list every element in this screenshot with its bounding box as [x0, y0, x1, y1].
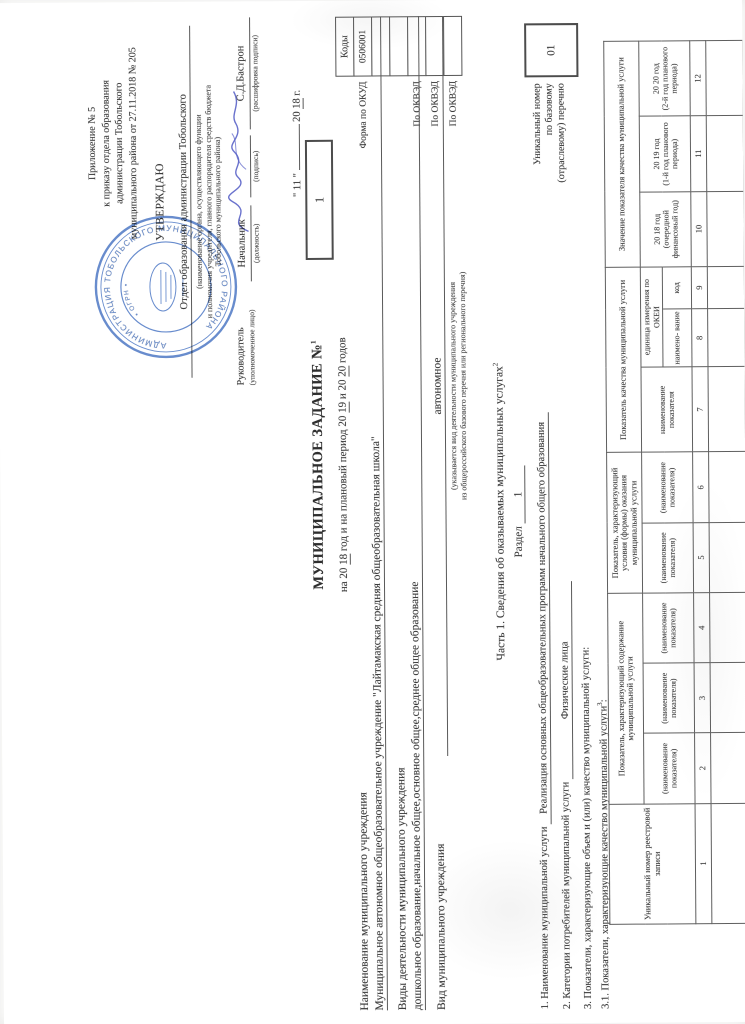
qt-subname: (наименование показателя) [643, 662, 694, 733]
stamp-inner-ring-text: • ОГРН • [122, 282, 140, 317]
qt-group-value: Значение показателя качества муниципальн… [603, 41, 640, 267]
scanned-document-page: Приложение № 5 к приказу отдела образова… [0, 0, 745, 1024]
task-number-box: 1 [304, 139, 333, 259]
head-label-note: (уполномоченное лицо) [247, 309, 257, 385]
signature-scribble [215, 69, 262, 239]
approval-date: " 11 " 20 18 г. [287, 16, 303, 196]
qt-year3-line: 20 20 год [650, 43, 659, 113]
qt-colnum: 10 [690, 191, 707, 266]
qt-colnum: 12 [689, 40, 706, 116]
qt-empty-cell [710, 662, 745, 732]
qt-unit-name: наимено- вание [662, 308, 691, 366]
qt-empty-cell [708, 451, 745, 521]
qt-year1: 20 18 год (очередной финансовый год) [639, 191, 691, 267]
qt-year1-line: 20 18 год [651, 194, 660, 264]
section-line: Раздел 1 [508, 0, 528, 1023]
qt-subname: (наименование показателя) [642, 592, 693, 663]
qt-colnum: 6 [692, 452, 708, 522]
qt-colnum: 7 [691, 366, 708, 451]
unique-label-line: по базовому [543, 83, 557, 323]
subtitle-year1: 18 [337, 553, 350, 564]
qt-year2-note: (1-й год планового периода) [660, 118, 678, 188]
document-subtitle: на 20 18 год и на плановый период 20 19 … [334, 104, 351, 824]
qt-empty-cell [709, 522, 745, 592]
subtitle-text: годов [336, 337, 348, 363]
qt-colnum: 1 [695, 803, 712, 923]
institution-type-notes: (указывается вид деятельности муниципаль… [446, 15, 470, 755]
qt-group-content: Показатель, характеризующий содержание м… [607, 593, 643, 804]
subtitle-year3: 20 [336, 365, 349, 376]
date-suffix: г. [291, 89, 302, 95]
consumer-category-label: 2. Категории потребителей муниципальной … [560, 781, 573, 1008]
consumer-category-line: 2. Категории потребителей муниципальной … [558, 581, 572, 1009]
qt-colnum: 4 [693, 592, 709, 662]
qt-group-quality: Показатель качества муниципальной услуги [605, 267, 641, 453]
qt-unit-group: единица измерения по ОКЕИ [640, 266, 663, 366]
qt-year2: 20 19 год (1-й год планового периода) [639, 116, 691, 192]
section-label: Раздел [512, 526, 524, 557]
subtitle-text: на 20 [337, 567, 349, 592]
qt-year1-note: (очередной финансовый год) [660, 193, 678, 263]
codes-header-cell: Коды [335, 16, 354, 76]
subtitle-year2: 19 [336, 401, 349, 412]
qt-colnum: 3 [694, 662, 710, 732]
institution-type-label: Вид муниципального учреждения [434, 843, 447, 1009]
qt-colnum: 8 [691, 308, 707, 366]
qt-empty-cell [709, 592, 745, 662]
service-name-line: 1. Наименование муниципальной услуги Реа… [535, 411, 550, 1008]
qt-empty-cell [707, 266, 744, 308]
subtitle-text: год и на плановый период 20 [336, 415, 349, 551]
qt-subname: (наименование показателя) [643, 733, 694, 804]
unique-label-line: (отраслевому) перечню [555, 83, 569, 323]
qt-subname: (наименование показателя) [642, 522, 693, 593]
qt-group-conditions: Показатель, характеризующий условия (фор… [606, 452, 642, 593]
qt-colnum: 5 [693, 522, 709, 592]
service-name-label: 1. Наименование муниципальной услуги [538, 826, 550, 1009]
qt-unit-code: код [662, 266, 691, 308]
qt-empty-cell [707, 366, 745, 452]
qt-year3: 20 20 год (2-й год планового периода) [638, 40, 690, 116]
section-value: 1 [512, 465, 525, 523]
date-month-blank [287, 124, 299, 170]
qt-empty-cell [706, 191, 744, 267]
qt-quality-name: наименование показателя [640, 366, 692, 452]
title-footnote-marker: 1 [309, 340, 317, 344]
subtitle-text: и 20 [336, 379, 348, 399]
quality-indicators-table: Уникальный номер реестровой записи Показ… [603, 39, 745, 924]
consumer-category-value: Физические лица [558, 581, 572, 779]
part1-footnote-marker: 2 [491, 362, 499, 366]
codes-row: Коды [335, 16, 355, 178]
service-name-value: Реализация основных общеобразовательных … [535, 411, 551, 823]
qt-colnum: 2 [694, 733, 710, 803]
indicators-line: 3. Показатели, характеризующие объем и (… [580, 646, 594, 1008]
qt-year2-line: 20 19 год [651, 118, 660, 188]
qt-empty-cell [711, 802, 745, 923]
qt-empty-cell [705, 40, 743, 116]
qt-empty-cell [710, 732, 745, 802]
activity-label: Виды деятельности муниципального учрежде… [395, 767, 409, 1010]
codes-label [398, 76, 399, 175]
part1-heading: Часть 1. Сведения об оказываемых муницип… [488, 0, 509, 1023]
municipal-task-document: Приложение № 5 к приказу отдела образова… [0, 0, 745, 1024]
unique-label-line: Уникальный номер [531, 83, 545, 323]
qt-col1-header: Уникальный номер реестровой записи [609, 803, 696, 924]
qt-subname: (наименование показателя) [641, 452, 692, 523]
date-year-prefix: 20 [291, 111, 302, 122]
qt-empty-cell [707, 308, 744, 366]
codes-label: Форма по ОКУД [357, 76, 368, 175]
date-day: " 11 " [292, 173, 303, 197]
title-text: МУНИЦИПАЛЬНОЕ ЗАДАНИЕ № [309, 343, 327, 589]
qt-empty-cell [706, 115, 744, 191]
unique-number-label: Уникальный номер по базовому (отраслевом… [531, 83, 569, 323]
date-year: 18 [291, 98, 303, 109]
qt-year3-note: (2-й год планового периода) [659, 43, 677, 114]
codes-label [344, 76, 345, 175]
institution-name-label: Наименование муниципального учреждения [357, 792, 371, 1010]
part1-heading-text: Часть 1. Сведения об оказываемых муницип… [493, 366, 507, 660]
qt-colnum: 11 [690, 116, 707, 191]
unique-number-box: 01 [524, 23, 578, 77]
qt-colnum: 9 [691, 266, 707, 308]
